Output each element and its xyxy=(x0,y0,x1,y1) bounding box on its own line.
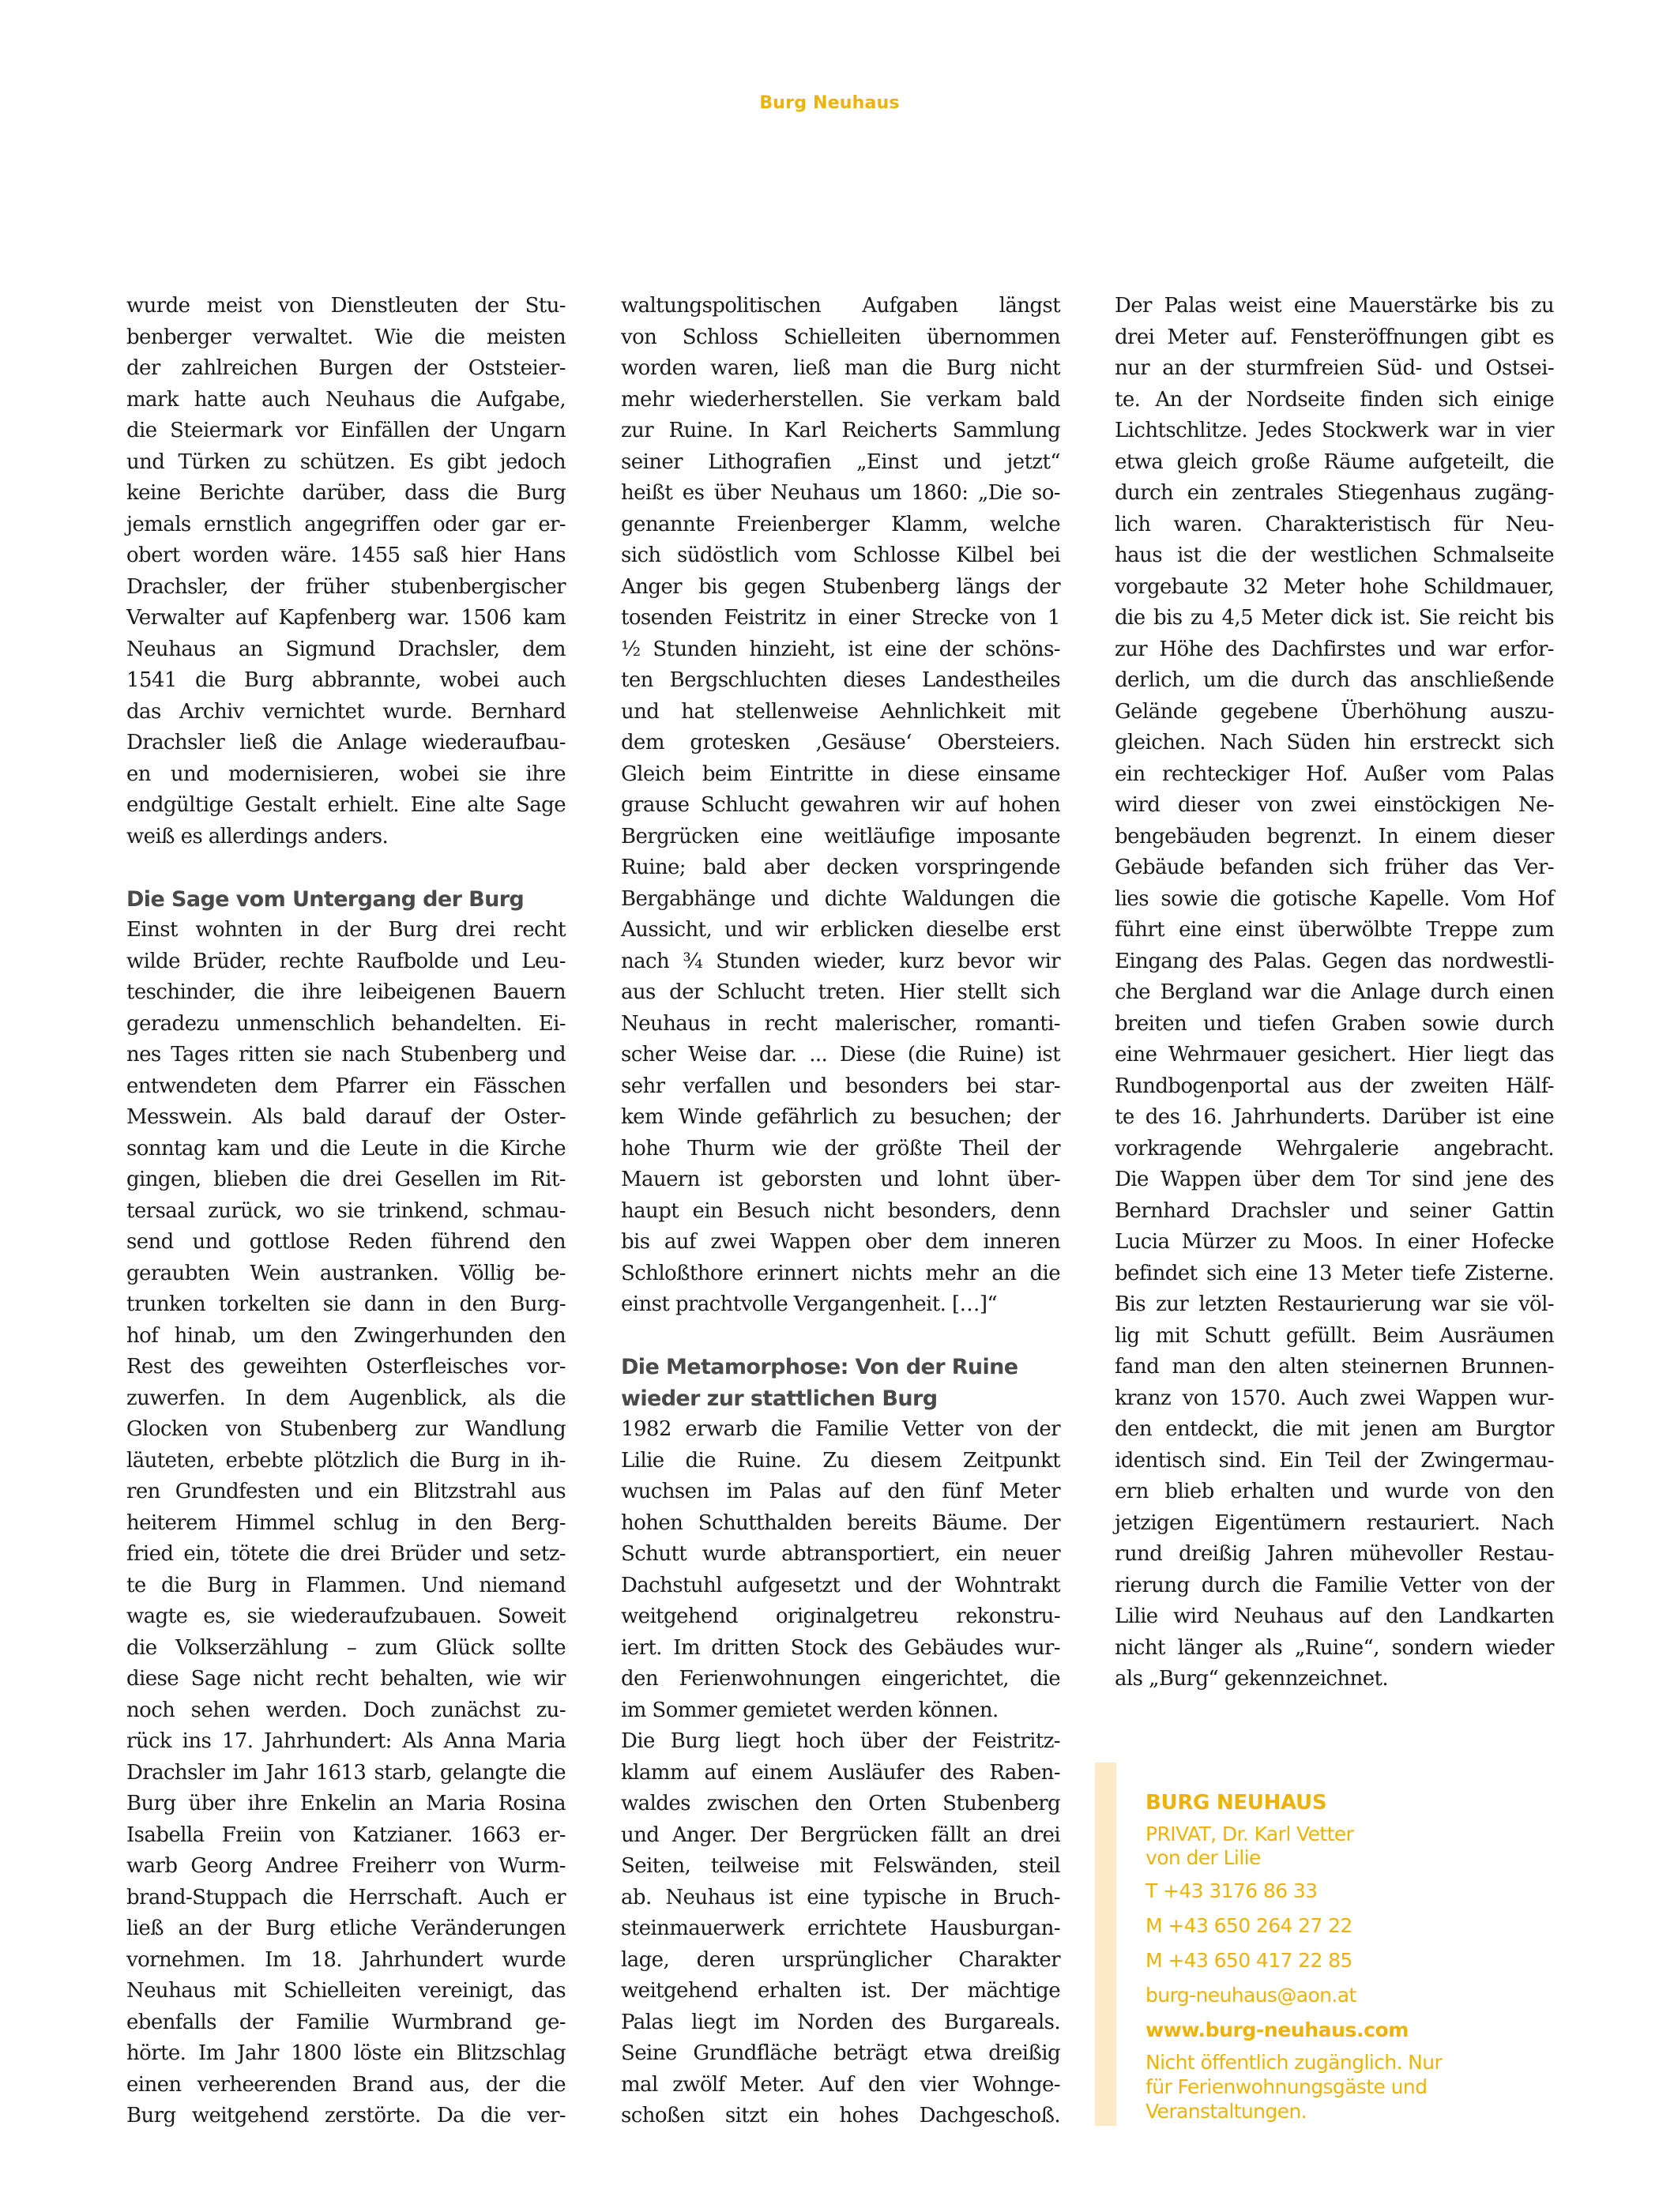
text-line: die bis zu 4,5 Meter dick ist. Sie reich… xyxy=(1115,603,1554,634)
text-line: zur Höhe des Dachfirstes und war erfor- xyxy=(1115,634,1554,666)
text-line: nur an der sturmfreien Süd- und Ostsei- xyxy=(1115,353,1554,385)
text-line: waldes zwischen den Orten Stubenberg xyxy=(621,1789,1060,1820)
text-line: Bergrücken eine weitläufige imposante xyxy=(621,822,1060,853)
text-line: weiß es allerdings anders. xyxy=(126,822,566,853)
text-line: weitgehend erhalten ist. Der mächtige xyxy=(621,1976,1060,2007)
text-line: iert. Im dritten Stock des Gebäudes wur- xyxy=(621,1633,1060,1665)
text-line: die Steiermark vor Einfällen der Ungarn xyxy=(126,416,566,447)
paragraph: Die Burg liegt hoch über der Feistritz-k… xyxy=(621,1726,1060,2132)
info-website-link[interactable]: www.burg-neuhaus.com xyxy=(1145,2017,1572,2044)
text-line: vornehmen. Im 18. Jahrhundert wurde xyxy=(126,1945,566,1977)
text-line: Neuhaus an Sigmund Drachsler, dem xyxy=(126,634,566,666)
text-line: Drachsler, der früher stubenbergischer xyxy=(126,572,566,604)
text-line: obert worden wäre. 1455 saß hier Hans xyxy=(126,540,566,572)
text-line: zuwerfen. In dem Augenblick, als die xyxy=(126,1383,566,1415)
text-line: ein rechteckiger Hof. Außer vom Palas xyxy=(1115,759,1554,791)
info-mobile-2[interactable]: M +43 650 417 22 85 xyxy=(1145,1947,1572,1974)
text-line: lies sowie die gotische Kapelle. Vom Hof xyxy=(1115,884,1554,916)
text-line: Drachsler ließ die Anlage wiederaufbau- xyxy=(126,728,566,759)
text-line: te. An der Nordseite finden sich einige xyxy=(1115,385,1554,416)
info-owner-line-2: von der Lilie xyxy=(1145,1846,1572,1870)
text-line: tosenden Feistritz in einer Strecke von … xyxy=(621,603,1060,634)
info-owner-line-1: PRIVAT, Dr. Karl Vetter xyxy=(1145,1823,1572,1846)
text-line: Lilie wird Neuhaus auf den Landkarten xyxy=(1115,1601,1554,1633)
text-line: haus ist die der westlichen Schmalseite xyxy=(1115,540,1554,572)
info-box-content: BURG NEUHAUS PRIVAT, Dr. Karl Vetter von… xyxy=(1145,1789,1572,2124)
text-line: jemals ernstlich angegriffen oder gar er… xyxy=(126,510,566,541)
text-line: aus der Schlucht treten. Hier stellt sic… xyxy=(621,977,1060,1009)
text-line: Glocken von Stubenberg zur Wandlung xyxy=(126,1414,566,1446)
heading-line: Die Sage vom Untergang der Burg xyxy=(126,884,566,916)
text-line: Der Palas weist eine Mauerstärke bis zu xyxy=(1115,291,1554,322)
text-line: hohe Thurm wie der größte Theil der xyxy=(621,1134,1060,1165)
heading-line: Die Metamorphose: Von der Ruine xyxy=(621,1352,1060,1383)
text-line: diese Sage nicht recht behalten, wie wir xyxy=(126,1664,566,1695)
text-line: steinmauerwerk errichtete Hausburgan- xyxy=(621,1913,1060,1945)
text-line: Seine Grundfläche beträgt etwa dreißig xyxy=(621,2038,1060,2070)
text-line: der zahlreichen Burgen der Oststeier- xyxy=(126,353,566,385)
text-line: nach ¾ Stunden wieder, kurz bevor wir xyxy=(621,946,1060,978)
info-access-note: Nicht öffentlich zugänglich. Nur für Fer… xyxy=(1145,2050,1572,2124)
text-line: sonntag kam und die Leute in die Kirche xyxy=(126,1134,566,1165)
text-line: Rundbogenportal aus der zweiten Hälf- xyxy=(1115,1071,1554,1103)
text-line: ern blieb erhalten und wurde von den xyxy=(1115,1477,1554,1508)
running-head: Burg Neuhaus xyxy=(0,93,1659,113)
text-line: mehr wiederherstellen. Sie verkam bald xyxy=(621,385,1060,416)
text-line: worden waren, ließ man die Burg nicht xyxy=(621,353,1060,385)
text-line: lich waren. Charakteristisch für Neu- xyxy=(1115,510,1554,541)
text-line: jetzigen Eigentümern restauriert. Nach xyxy=(1115,1508,1554,1540)
text-line: breiten und tiefen Graben sowie durch xyxy=(1115,1009,1554,1040)
text-line: läuteten, erbebte plötzlich die Burg in … xyxy=(126,1446,566,1477)
text-line: Messwein. Als bald darauf der Oster- xyxy=(126,1102,566,1134)
text-line: identisch sind. Ein Teil der Zwingermau- xyxy=(1115,1446,1554,1477)
text-line: ten Bergschluchten dieses Landestheiles xyxy=(621,665,1060,697)
text-line: sich südöstlich vom Schlosse Kilbel bei xyxy=(621,540,1060,572)
text-line: Die Burg liegt hoch über der Feistritz- xyxy=(621,1726,1060,1758)
text-line: mark hatte auch Neuhaus die Aufgabe, xyxy=(126,385,566,416)
text-line: Rest des geweihten Osterfleisches vor- xyxy=(126,1352,566,1383)
text-line: heißt es über Neuhaus um 1860: „Die so- xyxy=(621,478,1060,510)
text-line: send und gottlose Reden führend den xyxy=(126,1227,566,1258)
text-line: Bernhard Drachsler und seiner Gattin xyxy=(1115,1196,1554,1228)
info-owner: PRIVAT, Dr. Karl Vetter von der Lilie xyxy=(1145,1823,1572,1870)
text-column-1: wurde meist von Dienstleuten der Stu-ben… xyxy=(126,291,566,2132)
text-line: geraubten Wein austranken. Völlig be- xyxy=(126,1258,566,1290)
text-line: rück ins 17. Jahrhundert: Als Anna Maria xyxy=(126,1726,566,1758)
text-line: Aussicht, und wir erblicken dieselbe ers… xyxy=(621,915,1060,946)
text-line: hörte. Im Jahr 1800 löste ein Blitzschla… xyxy=(126,2038,566,2070)
text-line: kranz von 1570. Auch zwei Wappen wur- xyxy=(1115,1383,1554,1415)
text-line: rierung durch die Familie Vetter von der xyxy=(1115,1571,1554,1602)
text-line: den Ferienwohnungen eingerichtet, die xyxy=(621,1664,1060,1695)
text-line: Isabella Freiin von Katzianer. 1663 er- xyxy=(126,1820,566,1852)
text-line: fried ein, tötete die drei Brüder und se… xyxy=(126,1539,566,1571)
text-line: wird dieser von zwei einstöckigen Ne- xyxy=(1115,790,1554,822)
text-line: rund dreißig Jahren mühevoller Restau- xyxy=(1115,1539,1554,1571)
text-line: befindet sich eine 13 Meter tiefe Zister… xyxy=(1115,1258,1554,1290)
text-line: Schloßthore erinnert nichts mehr an die xyxy=(621,1258,1060,1290)
text-line: lage, deren ursprünglicher Charakter xyxy=(621,1945,1060,1977)
text-line: etwa gleich große Räume aufgeteilt, die xyxy=(1115,447,1554,479)
text-line: Verwalter auf Kapfenberg war. 1506 kam xyxy=(126,603,566,634)
text-line: ebenfalls der Familie Wurmbrand ge- xyxy=(126,2007,566,2039)
text-line: nes Tages ritten sie nach Stubenberg und xyxy=(126,1040,566,1071)
text-line: sehr verfallen und besonders bei star- xyxy=(621,1071,1060,1103)
text-line: schoßen sitzt ein hohes Dachgeschoß. xyxy=(621,2101,1060,2132)
text-line: durch ein zentrales Stiegenhaus zugäng- xyxy=(1115,478,1554,510)
text-line: Gebäude befanden sich früher das Ver- xyxy=(1115,852,1554,884)
text-line: bis auf zwei Wappen ober dem inneren xyxy=(621,1227,1060,1258)
text-line: Palas liegt im Norden des Burgareals. xyxy=(621,2007,1060,2039)
text-line: von Schloss Schielleiten übernommen xyxy=(621,322,1060,354)
text-line: Neuhaus mit Schielleiten vereinigt, das xyxy=(126,1976,566,2007)
info-email-link[interactable]: burg-neuhaus@aon.at xyxy=(1145,1982,1572,2009)
text-line: Gelände gegebene Überhöhung auszu- xyxy=(1115,697,1554,728)
text-column-3: Der Palas weist eine Mauerstärke bis zud… xyxy=(1115,291,1554,1695)
text-line: bengebäuden begrenzt. In einem dieser xyxy=(1115,822,1554,853)
text-line: Eingang des Palas. Gegen das nordwestli- xyxy=(1115,946,1554,978)
text-line: im Sommer gemietet werden können. xyxy=(621,1695,1060,1727)
paragraph: waltungspolitischen Aufgaben längstvon S… xyxy=(621,291,1060,1321)
text-line: Burg weitgehend zerstörte. Da die ver- xyxy=(126,2101,566,2132)
info-mobile-1[interactable]: M +43 650 264 27 22 xyxy=(1145,1913,1572,1939)
text-line: vorkragende Wehrgalerie angebracht. xyxy=(1115,1134,1554,1165)
section-heading: Die Metamorphose: Von der Ruinewieder zu… xyxy=(621,1352,1060,1414)
text-line: klamm auf einem Ausläufer des Raben- xyxy=(621,1758,1060,1789)
info-phone[interactable]: T +43 3176 86 33 xyxy=(1145,1878,1572,1905)
paragraph: Einst wohnten in der Burg drei rechtwild… xyxy=(126,915,566,2132)
paragraph-gap xyxy=(621,1321,1060,1352)
text-line: genannte Freienberger Klamm, welche xyxy=(621,510,1060,541)
text-line: heiterem Himmel schlug in den Berg- xyxy=(126,1508,566,1540)
text-line: tersaal zurück, wo sie trinkend, schmau- xyxy=(126,1196,566,1228)
text-line: noch sehen werden. Doch zunächst zu- xyxy=(126,1695,566,1727)
text-line: brand-Stuppach die Herrschaft. Auch er xyxy=(126,1883,566,1914)
text-line: Die Wappen über dem Tor sind jene des xyxy=(1115,1164,1554,1196)
text-line: hohen Schutthalden bereits Bäume. Der xyxy=(621,1508,1060,1540)
text-line: benberger verwaltet. Wie die meisten xyxy=(126,322,566,354)
text-line: trunken torkelten sie dann in den Burg- xyxy=(126,1289,566,1321)
text-line: vorgebaute 32 Meter hohe Schildmauer, xyxy=(1115,572,1554,604)
text-line: und Anger. Der Bergrücken fällt an drei xyxy=(621,1820,1060,1852)
text-line: endgültige Gestalt erhielt. Eine alte Sa… xyxy=(126,790,566,822)
text-line: teschinder, die ihre leibeigenen Bauern xyxy=(126,977,566,1009)
text-line: Bis zur letzten Restaurierung war sie vö… xyxy=(1115,1289,1554,1321)
text-line: den entdeckt, die mit jenen am Burgtor xyxy=(1115,1414,1554,1446)
text-line: mal zwölf Meter. Auf den vier Wohnge- xyxy=(621,2070,1060,2101)
text-line: Lucia Mürzer zu Moos. In einer Hofecke xyxy=(1115,1227,1554,1258)
text-line: hof hinab, um den Zwingerhunden den xyxy=(126,1321,566,1352)
paragraph: wurde meist von Dienstleuten der Stu-ben… xyxy=(126,291,566,852)
text-line: gingen, blieben die drei Gesellen im Rit… xyxy=(126,1164,566,1196)
info-box: BURG NEUHAUS PRIVAT, Dr. Karl Vetter von… xyxy=(1095,1762,1585,2126)
text-line: gleichen. Nach Süden hin erstreckt sich xyxy=(1115,728,1554,759)
text-line: ren Grundfesten und ein Blitzstrahl aus xyxy=(126,1477,566,1508)
text-line: Lilie die Ruine. Zu diesem Zeitpunkt xyxy=(621,1446,1060,1477)
text-line: Dachstuhl aufgesetzt und der Wohntrakt xyxy=(621,1571,1060,1602)
text-line: te die Burg in Flammen. Und niemand xyxy=(126,1571,566,1602)
text-line: geradezu unmenschlich behandelten. Ei- xyxy=(126,1009,566,1040)
text-line: ließ an der Burg etliche Veränderungen xyxy=(126,1913,566,1945)
text-line: als „Burg“ gekennzeichnet. xyxy=(1115,1664,1554,1695)
text-line: lig mit Schutt gefüllt. Beim Ausräumen xyxy=(1115,1321,1554,1352)
text-line: en und modernisieren, wobei sie ihre xyxy=(126,759,566,791)
text-line: ½ Stunden hinzieht, ist eine der schöns- xyxy=(621,634,1060,666)
text-line: seiner Lithografien „Einst und jetzt“ xyxy=(621,447,1060,479)
text-line: wurde meist von Dienstleuten der Stu- xyxy=(126,291,566,322)
text-line: Mauern ist geborsten und lohnt über- xyxy=(621,1164,1060,1196)
text-line: Bergabhänge und dichte Waldungen die xyxy=(621,884,1060,916)
text-line: fand man den alten steinernen Brunnen- xyxy=(1115,1352,1554,1383)
text-line: haupt ein Besuch nicht besonders, denn xyxy=(621,1196,1060,1228)
text-line: te des 16. Jahrhunderts. Darüber ist ein… xyxy=(1115,1102,1554,1134)
text-line: scher Weise dar. ... Diese (die Ruine) i… xyxy=(621,1040,1060,1071)
text-line: einst prachtvolle Vergangenheit. […]“ xyxy=(621,1289,1060,1321)
paragraph-gap xyxy=(126,852,566,884)
text-line: Ruine; bald aber decken vorspringende xyxy=(621,852,1060,884)
section-heading: Die Sage vom Untergang der Burg xyxy=(126,884,566,916)
text-line: einen verheerenden Brand aus, der die xyxy=(126,2070,566,2101)
text-line: und Türken zu schützen. Es gibt jedoch xyxy=(126,447,566,479)
text-line: 1982 erwarb die Familie Vetter von der xyxy=(621,1414,1060,1446)
text-line: 1541 die Burg abbrannte, wobei auch xyxy=(126,665,566,697)
info-note-line: Nicht öffentlich zugänglich. Nur xyxy=(1145,2050,1572,2075)
text-line: und hat stellenweise Aehnlichkeit mit xyxy=(621,697,1060,728)
text-line: eine Wehrmauer gesichert. Hier liegt das xyxy=(1115,1040,1554,1071)
text-line: die Volkserzählung – zum Glück sollte xyxy=(126,1633,566,1665)
heading-line: wieder zur stattlichen Burg xyxy=(621,1383,1060,1415)
text-line: Gleich beim Eintritte in diese einsame xyxy=(621,759,1060,791)
text-line: Burg über ihre Enkelin an Maria Rosina xyxy=(126,1789,566,1820)
text-line: Einst wohnten in der Burg drei recht xyxy=(126,915,566,946)
text-line: Schutt wurde abtransportiert, ein neuer xyxy=(621,1539,1060,1571)
paragraph: 1982 erwarb die Familie Vetter von derLi… xyxy=(621,1414,1060,1726)
text-line: Seiten, teilweise mit Felswänden, steil xyxy=(621,1851,1060,1883)
text-column-2: waltungspolitischen Aufgaben längstvon S… xyxy=(621,291,1060,2132)
text-line: kem Winde gefährlich zu besuchen; der xyxy=(621,1102,1060,1134)
text-line: wuchsen im Palas auf den fünf Meter xyxy=(621,1477,1060,1508)
text-line: Neuhaus in recht malerischer, romanti- xyxy=(621,1009,1060,1040)
text-line: wagte es, sie wiederaufzubauen. Soweit xyxy=(126,1601,566,1633)
text-line: das Archiv vernichtet wurde. Bernhard xyxy=(126,697,566,728)
text-line: ab. Neuhaus ist eine typische in Bruch- xyxy=(621,1883,1060,1914)
info-note-line: Veranstaltungen. xyxy=(1145,2099,1572,2124)
text-line: dem grotesken ‚Gesäuse‘ Obersteiers. xyxy=(621,728,1060,759)
text-line: waltungspolitischen Aufgaben längst xyxy=(621,291,1060,322)
text-line: nicht länger als „Ruine“, sondern wieder xyxy=(1115,1633,1554,1665)
text-line: zur Ruine. In Karl Reicherts Sammlung xyxy=(621,416,1060,447)
paragraph: Der Palas weist eine Mauerstärke bis zud… xyxy=(1115,291,1554,1695)
text-line: führt eine einst überwölbte Treppe zum xyxy=(1115,915,1554,946)
text-line: drei Meter auf. Fensteröffnungen gibt es xyxy=(1115,322,1554,354)
text-line: warb Georg Andree Freiherr von Wurm- xyxy=(126,1851,566,1883)
text-line: Lichtschlitze. Jedes Stockwerk war in vi… xyxy=(1115,416,1554,447)
text-line: entwendeten dem Pfarrer ein Fässchen xyxy=(126,1071,566,1103)
text-line: derlich, um die durch das anschließende xyxy=(1115,665,1554,697)
text-line: Drachsler im Jahr 1613 starb, gelangte d… xyxy=(126,1758,566,1789)
info-note-line: für Ferienwohnungsgäste und xyxy=(1145,2075,1572,2099)
text-line: keine Berichte darüber, dass die Burg xyxy=(126,478,566,510)
text-line: che Bergland war die Anlage durch einen xyxy=(1115,977,1554,1009)
text-line: grause Schlucht gewahren wir auf hohen xyxy=(621,790,1060,822)
text-line: weitgehend originalgetreu rekonstru- xyxy=(621,1601,1060,1633)
accent-bar xyxy=(1095,1762,1116,2126)
text-line: Anger bis gegen Stubenberg längs der xyxy=(621,572,1060,604)
info-title: BURG NEUHAUS xyxy=(1145,1789,1572,1816)
text-line: wilde Brüder, rechte Raufbolde und Leu- xyxy=(126,946,566,978)
